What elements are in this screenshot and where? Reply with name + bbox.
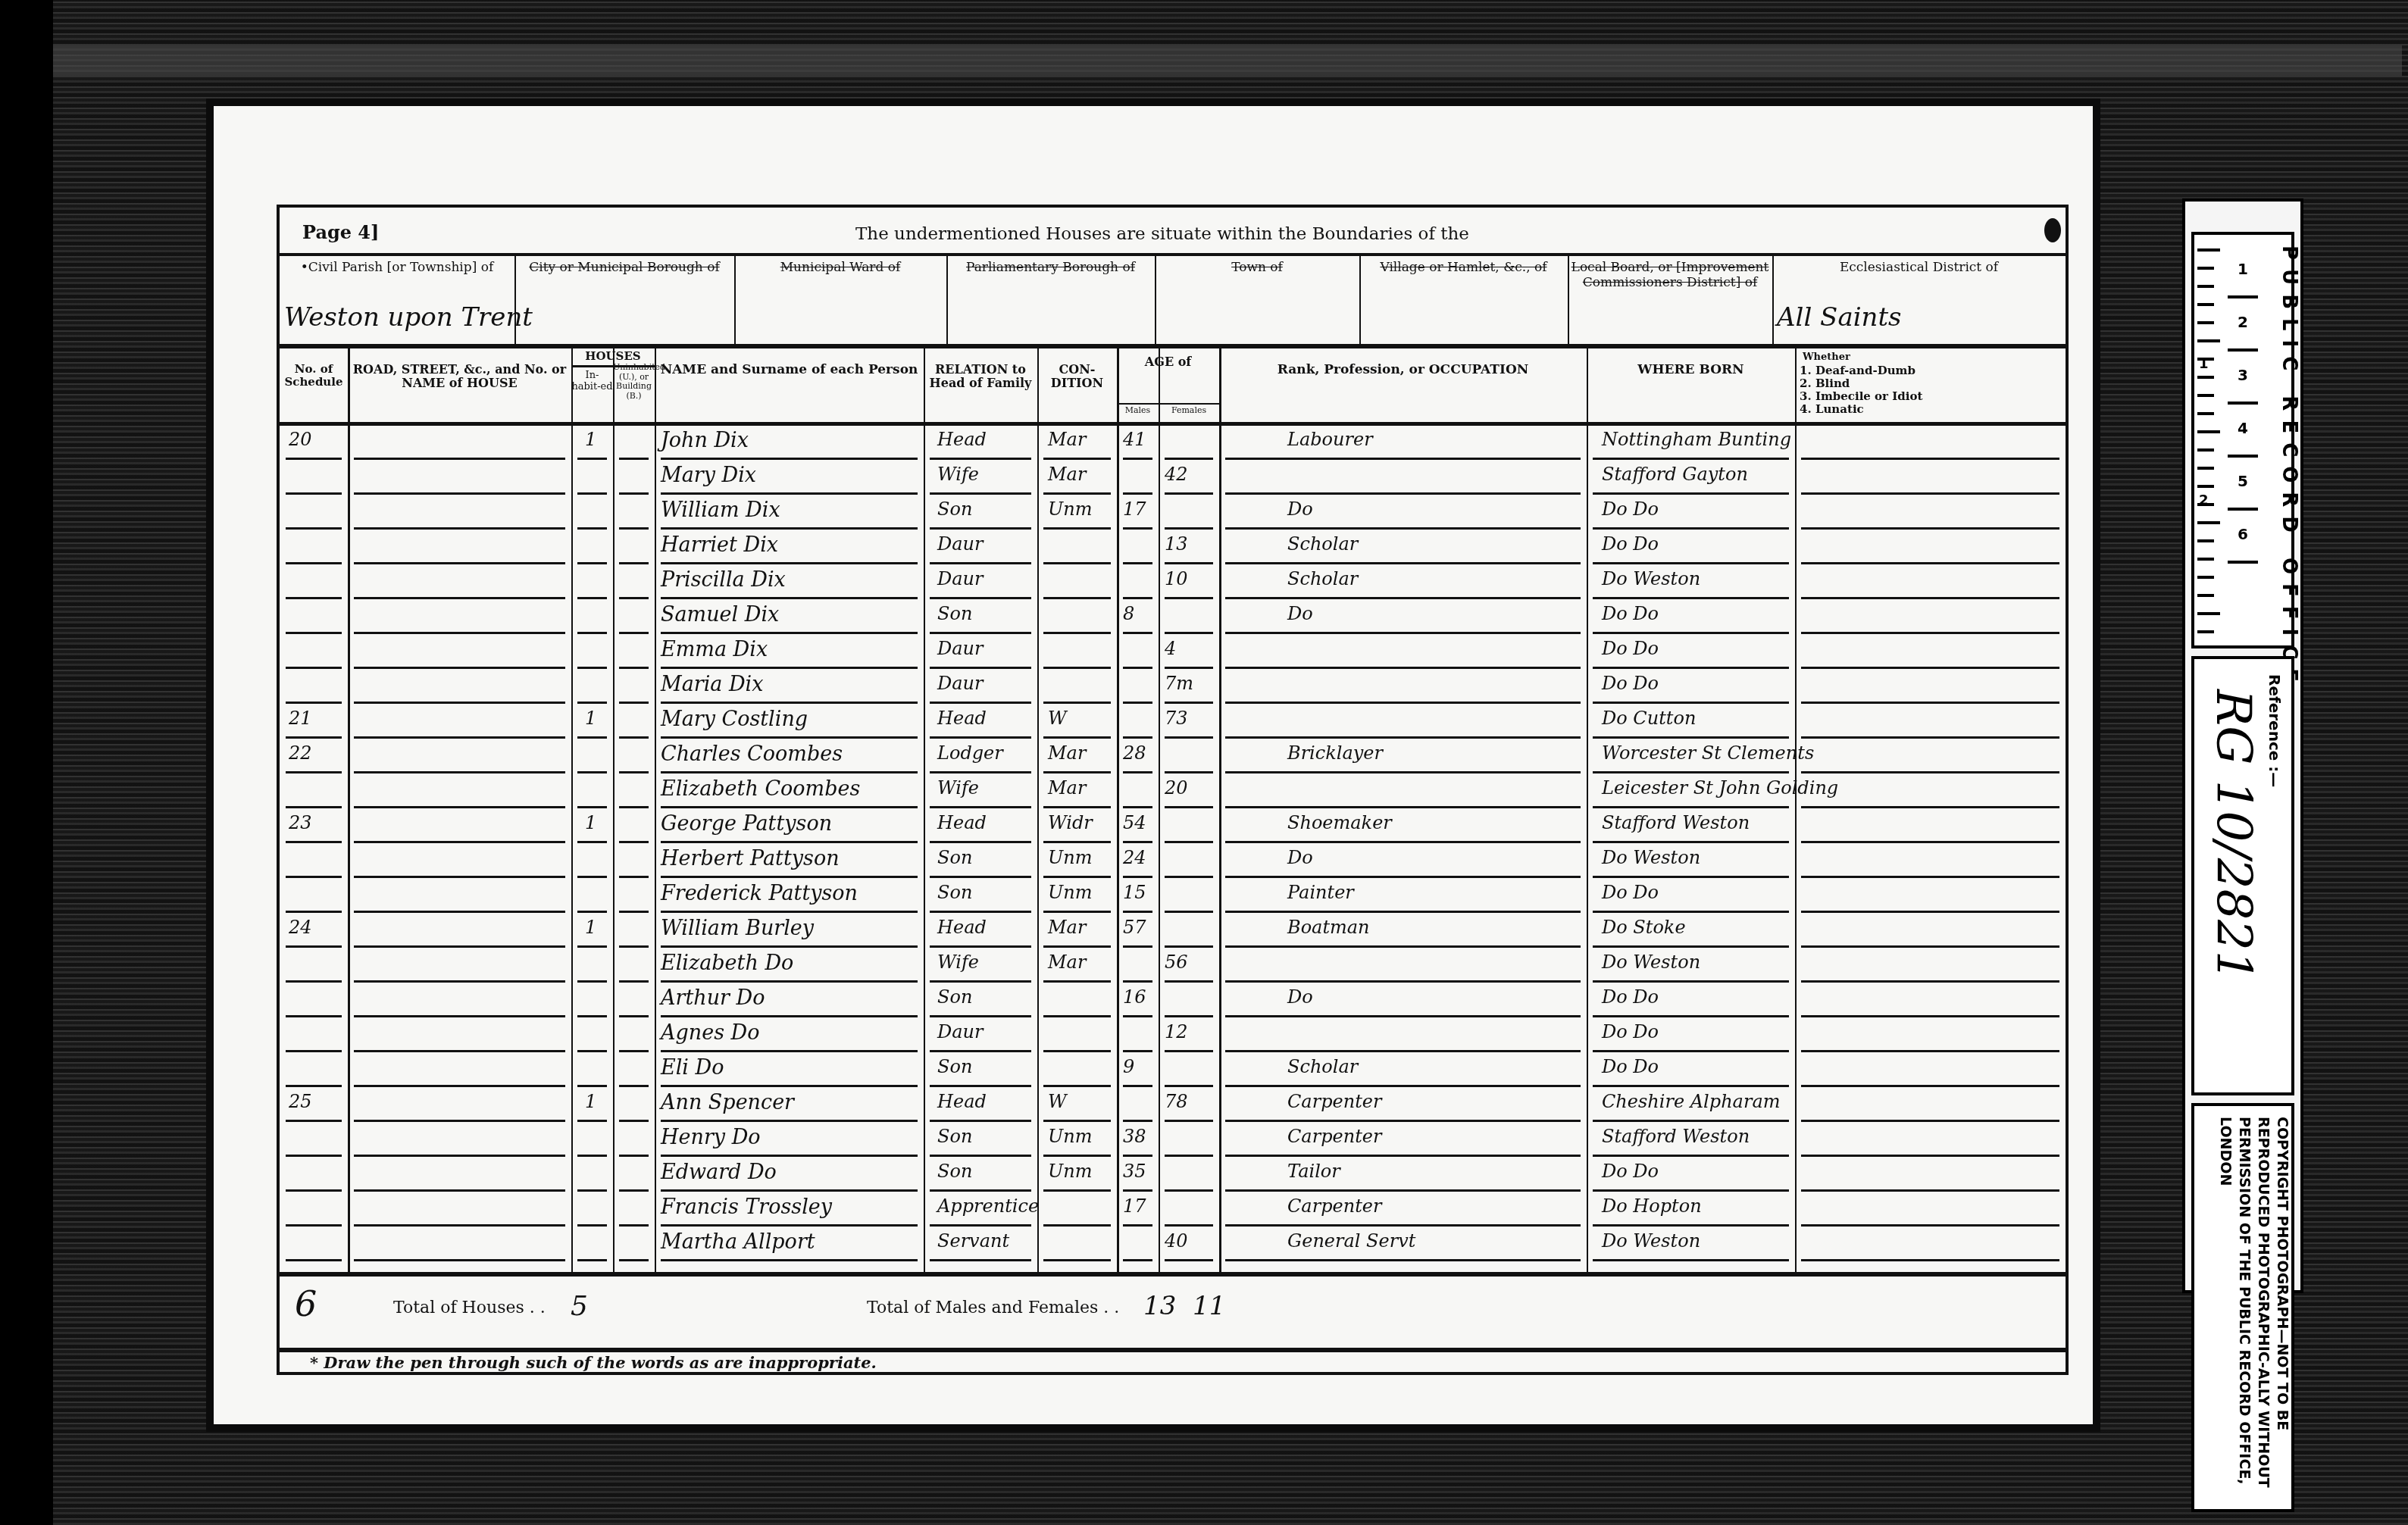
table-row: Arthur DoSon16DoDo Do (280, 983, 2066, 1018)
ruled-line (930, 841, 1031, 843)
ruled-line (1123, 736, 1152, 739)
relation: Daur (937, 673, 983, 694)
where-born: Do Do (1602, 638, 1659, 659)
relation: Head (937, 708, 987, 729)
table-row: Mary DixWifeMar42Stafford Gayton (280, 461, 2066, 495)
ruled-line (1593, 597, 1789, 599)
ruled-line (1043, 632, 1111, 634)
ruled-line (577, 702, 607, 704)
ruled-line (1123, 1155, 1152, 1157)
ruled-line (1225, 911, 1581, 913)
ruled-line (1225, 492, 1581, 495)
person-name: William Burley (661, 917, 814, 940)
where-born: Do Do (1602, 498, 1659, 520)
ruled-line (1593, 1120, 1789, 1122)
ruled-line (1801, 806, 2059, 808)
footnote: * Draw the pen through such of the words… (310, 1353, 877, 1372)
schedule-number: 23 (289, 812, 312, 833)
ruled-line (577, 1015, 607, 1017)
ruled-line (1593, 702, 1789, 704)
condition: Unm (1048, 1161, 1092, 1182)
table-row: 241William BurleyHeadMar57BoatmanDo Stok… (280, 914, 2066, 948)
ruled-line (1043, 945, 1111, 948)
female-age: 20 (1165, 777, 1188, 798)
ruled-line (1165, 597, 1213, 599)
table-row: Martha AllportServant40General ServtDo W… (280, 1227, 2066, 1262)
ruled-line (1123, 1050, 1152, 1052)
ruler-tick (2197, 267, 2214, 270)
ruled-line (354, 1259, 565, 1261)
ruled-line (661, 1120, 918, 1122)
ruled-line (1593, 458, 1789, 460)
ruled-line (1043, 492, 1111, 495)
ruled-line (1165, 1015, 1213, 1017)
ruled-line (354, 806, 565, 808)
ruled-line (930, 736, 1031, 739)
relation: Son (937, 986, 972, 1008)
relation: Son (937, 1161, 972, 1182)
female-age: 73 (1165, 708, 1188, 729)
ruled-line (354, 702, 565, 704)
ruler-tick (2197, 539, 2214, 542)
ruled-line (1225, 632, 1581, 634)
header-schedule: No. of Schedule (282, 363, 346, 389)
ruled-line (1123, 1015, 1152, 1017)
ruled-line (661, 597, 918, 599)
relation: Wife (937, 464, 979, 485)
person-name: Harriet Dix (661, 533, 778, 557)
boundary-divider (1568, 255, 1569, 344)
table-row: Samuel DixSon8DoDo Do (280, 600, 2066, 635)
where-born: Do Weston (1602, 847, 1700, 868)
where-born: Do Do (1602, 1056, 1659, 1077)
table-row: Eli DoSon9ScholarDo Do (280, 1053, 2066, 1088)
male-age: 9 (1123, 1056, 1134, 1077)
ruled-line (930, 911, 1031, 913)
ruled-line (1123, 1189, 1152, 1192)
ruled-line (577, 945, 607, 948)
ruled-line (286, 876, 342, 878)
ruled-line (661, 736, 918, 739)
male-age: 57 (1123, 917, 1146, 938)
ruled-line (1123, 667, 1152, 669)
ruled-line (1593, 806, 1789, 808)
ruler-inch-mark: 2 (2199, 492, 2209, 508)
ruled-line (1043, 527, 1111, 530)
condition: Unm (1048, 882, 1092, 903)
ruled-line (1123, 632, 1152, 634)
occupation: Tailor (1287, 1161, 1340, 1182)
ruled-line (1801, 632, 2059, 634)
person-name: Charles Coombes (661, 742, 843, 766)
ruled-line (1165, 562, 1213, 564)
ruled-line (661, 1189, 918, 1192)
ruled-line (1123, 1259, 1152, 1261)
ruled-line (1165, 492, 1213, 495)
ruled-line (577, 1189, 607, 1192)
ruled-line (661, 458, 918, 460)
where-born: Do Do (1602, 986, 1659, 1008)
header-males: Males (1117, 406, 1159, 416)
ruled-line (661, 806, 918, 808)
ruler-title: PUBLIC RECORD OFFICE (2278, 245, 2300, 691)
ruled-line (1043, 911, 1111, 913)
ruled-line (1123, 1120, 1152, 1122)
where-born: Do Stoke (1602, 917, 1686, 938)
ruled-line (1123, 562, 1152, 564)
ruled-line (1043, 1259, 1111, 1261)
ruled-line (1593, 980, 1789, 983)
condition: Mar (1048, 429, 1086, 450)
ruled-line (1801, 492, 2059, 495)
boundary-divider (514, 255, 516, 344)
inhabited-count: 1 (585, 812, 596, 833)
females-total: 11 (1193, 1291, 1225, 1321)
ruled-line (286, 562, 342, 564)
ruled-line (619, 1050, 649, 1052)
where-born: Do Do (1602, 882, 1659, 903)
ruled-line (1165, 702, 1213, 704)
ruled-line (619, 771, 649, 773)
ruled-line (930, 771, 1031, 773)
ruled-line (619, 1189, 649, 1192)
ruled-line (1165, 980, 1213, 983)
ruled-line (661, 492, 918, 495)
ruled-line (577, 1050, 607, 1052)
condition: Mar (1048, 742, 1086, 764)
ruled-line (577, 527, 607, 530)
ruled-line (1801, 980, 2059, 983)
occupation: Do (1287, 986, 1313, 1008)
relation: Son (937, 882, 972, 903)
female-age: 4 (1165, 638, 1176, 659)
male-age: 17 (1123, 498, 1146, 520)
table-row: 201John DixHeadMar41LabourerNottingham B… (280, 426, 2066, 461)
ruled-line (661, 911, 918, 913)
ruled-line (354, 1050, 565, 1052)
ruled-line (619, 632, 649, 634)
occupation: Labourer (1287, 429, 1373, 450)
relation: Head (937, 429, 987, 450)
ruler-scale-box: PUBLIC RECORD OFFICE 12345612 (2191, 232, 2294, 648)
ruled-line (1593, 562, 1789, 564)
ruled-line (286, 980, 342, 983)
males-total: 13 (1143, 1291, 1176, 1321)
person-name: Arthur Do (661, 986, 765, 1010)
boundary-label: Village or Hamlet, &c., of (1362, 261, 1565, 276)
ruled-line (1225, 806, 1581, 808)
ruled-line (1593, 771, 1789, 773)
ruled-line (1225, 736, 1581, 739)
male-age: 8 (1123, 603, 1134, 624)
ruled-line (1225, 1189, 1581, 1192)
houses-rule (571, 365, 655, 367)
person-name: Emma Dix (661, 638, 768, 661)
male-age: 24 (1123, 847, 1146, 868)
boundaries-title: The undermentioned Houses are situate wi… (855, 224, 1469, 244)
ruled-line (354, 945, 565, 948)
ruled-line (1043, 841, 1111, 843)
ruled-line (1165, 1224, 1213, 1227)
relation: Daur (937, 1021, 983, 1042)
ruler-cm-mark: 4 (2228, 402, 2258, 458)
ruled-line (1165, 667, 1213, 669)
ruled-line (286, 1015, 342, 1017)
occupation: Scholar (1287, 1056, 1358, 1077)
ruled-line (1593, 667, 1789, 669)
ruled-line (1593, 1085, 1789, 1087)
relation: Daur (937, 533, 983, 555)
ruled-line (1165, 1120, 1213, 1122)
ruled-line (1123, 771, 1152, 773)
scan-band (53, 45, 2402, 76)
ruled-line (1043, 1120, 1111, 1122)
ruled-line (930, 945, 1031, 948)
ruled-line (286, 945, 342, 948)
person-name: Henry Do (661, 1126, 761, 1149)
ruled-line (1593, 527, 1789, 530)
ruled-line (619, 597, 649, 599)
ruled-line (1123, 702, 1152, 704)
ruled-line (930, 597, 1031, 599)
where-born: Stafford Gayton (1602, 464, 1748, 485)
ruled-line (930, 1085, 1031, 1087)
ruled-line (619, 458, 649, 460)
relation: Head (937, 812, 987, 833)
ruled-line (577, 911, 607, 913)
ruled-line (1123, 945, 1152, 948)
ruler-tick (2197, 594, 2214, 597)
ruled-line (1225, 458, 1581, 460)
ruled-line (577, 771, 607, 773)
ruled-line (619, 911, 649, 913)
ruled-line (1593, 492, 1789, 495)
ruled-line (1123, 806, 1152, 808)
boundary-label: Local Board, or [Improvement Commissione… (1571, 261, 1769, 290)
ruled-line (1225, 876, 1581, 878)
table-row: 22Charles CoombesLodgerMar28BricklayerWo… (280, 739, 2066, 774)
ruled-line (1593, 1259, 1789, 1261)
ruled-line (1165, 911, 1213, 913)
ruled-line (354, 1120, 565, 1122)
relation: Daur (937, 568, 983, 589)
ruled-line (1593, 736, 1789, 739)
ruled-line (1593, 632, 1789, 634)
ruled-line (1225, 841, 1581, 843)
ruled-line (619, 736, 649, 739)
relation: Head (937, 917, 987, 938)
male-age: 16 (1123, 986, 1146, 1008)
ruled-line (930, 1120, 1031, 1122)
where-born: Do Weston (1602, 952, 1700, 973)
ruled-line (577, 667, 607, 669)
ruled-line (286, 1155, 342, 1157)
ruled-line (1801, 597, 2059, 599)
ruled-line (354, 911, 565, 913)
table-row: Harriet DixDaur13ScholarDo Do (280, 530, 2066, 565)
ruled-line (1801, 911, 2059, 913)
ruled-line (1165, 1085, 1213, 1087)
ruled-line (577, 597, 607, 599)
condition: Unm (1048, 498, 1092, 520)
condition: Mar (1048, 952, 1086, 973)
ruled-line (1225, 1259, 1581, 1261)
ruled-line (1165, 841, 1213, 843)
occupation: Do (1287, 847, 1313, 868)
ruled-line (1225, 702, 1581, 704)
occupation: Carpenter (1287, 1195, 1382, 1217)
male-age: 28 (1123, 742, 1146, 764)
ruled-line (661, 1155, 918, 1157)
ruled-line (930, 1259, 1031, 1261)
ruled-line (354, 876, 565, 878)
ruled-line (661, 632, 918, 634)
header-occupation: Rank, Profession, or OCCUPATION (1221, 363, 1584, 378)
table-row: Francis TrossleyApprentice17CarpenterDo … (280, 1192, 2066, 1227)
ruled-line (286, 841, 342, 843)
ruled-line (286, 771, 342, 773)
occupation: Scholar (1287, 568, 1358, 589)
occupation: Bricklayer (1287, 742, 1383, 764)
boundary-value: Weston upon Trent (284, 302, 533, 333)
ruled-line (354, 736, 565, 739)
ruled-line (661, 1224, 918, 1227)
age-rule (1117, 403, 1219, 405)
ruler-tick (2197, 485, 2214, 488)
census-form: Page 4] The undermentioned Houses are si… (277, 205, 2069, 1375)
female-age: 78 (1165, 1091, 1188, 1112)
condition: Mar (1048, 917, 1086, 938)
ruled-line (619, 1155, 649, 1157)
ruled-line (661, 527, 918, 530)
ruled-line (286, 1050, 342, 1052)
header-where-born: WHERE BORN (1589, 363, 1793, 378)
ruled-line (930, 1189, 1031, 1192)
ruler-tick (2197, 430, 2220, 433)
reference-label: Reference :— (2266, 674, 2284, 787)
person-name: Eli Do (661, 1056, 724, 1080)
copyright-box: COPYRIGHT PHOTOGRAPH—NOT TO BE REPRODUCE… (2191, 1103, 2294, 1512)
table-row: Henry DoSonUnm38CarpenterStafford Weston (280, 1123, 2066, 1158)
schedule-number: 21 (289, 708, 312, 729)
ruled-line (1225, 1015, 1581, 1017)
ruled-line (1593, 1015, 1789, 1017)
ruled-line (1123, 980, 1152, 983)
ruled-line (1043, 1189, 1111, 1192)
where-born: Nottingham Bunting (1602, 429, 1791, 450)
boundary-label: City or Municipal Borough of (518, 261, 731, 276)
ruled-line (619, 667, 649, 669)
ruler-inch-mark: 1 (2199, 356, 2209, 372)
ruled-line (1801, 667, 2059, 669)
persons-total-label: Total of Males and Females . . (867, 1298, 1119, 1317)
relation: Lodger (937, 742, 1003, 764)
ruled-line (286, 911, 342, 913)
boundary-divider (1772, 255, 1774, 344)
where-born: Stafford Weston (1602, 812, 1750, 833)
table-row: Herbert PattysonSonUnm24DoDo Weston (280, 844, 2066, 879)
relation: Wife (937, 777, 979, 798)
ruled-line (619, 841, 649, 843)
relation: Daur (937, 638, 983, 659)
where-born: Worcester St Clements (1602, 742, 1814, 764)
ruled-line (930, 527, 1031, 530)
inhabited-count: 1 (585, 708, 596, 729)
ruled-line (1801, 1085, 2059, 1087)
ruled-line (1593, 841, 1789, 843)
female-age: 56 (1165, 952, 1188, 973)
schedule-number: 25 (289, 1091, 312, 1112)
relation: Son (937, 498, 972, 520)
ruled-line (577, 736, 607, 739)
person-name: Herbert Pattyson (661, 847, 840, 870)
person-name: John Dix (661, 429, 749, 452)
reference-box: Reference :— RG 10/2821 (2191, 656, 2294, 1095)
ruled-line (286, 527, 342, 530)
ruled-line (1225, 1155, 1581, 1157)
ruler-tick (2197, 576, 2214, 579)
ruled-line (1123, 1085, 1152, 1087)
ruled-line (1801, 841, 2059, 843)
male-age: 35 (1123, 1161, 1146, 1182)
ruled-line (354, 667, 565, 669)
ruled-line (1123, 458, 1152, 460)
ruled-line (661, 1015, 918, 1017)
boundary-label: Town of (1158, 261, 1356, 276)
ruled-line (286, 1224, 342, 1227)
ruler-tick (2197, 448, 2214, 452)
ruled-line (577, 1224, 607, 1227)
ruled-line (1043, 702, 1111, 704)
ruled-line (286, 1259, 342, 1261)
ruler-tick (2197, 467, 2214, 470)
ruled-line (286, 492, 342, 495)
person-name: Agnes Do (661, 1021, 760, 1045)
where-born: Do Do (1602, 673, 1659, 694)
ruled-line (354, 632, 565, 634)
ruled-line (930, 562, 1031, 564)
ruler-tick (2197, 412, 2214, 415)
ruled-line (1593, 1155, 1789, 1157)
header-females: Females (1159, 406, 1219, 416)
ruled-line (1043, 562, 1111, 564)
boundary-label: Ecclesiastical District of (1775, 261, 2062, 276)
where-born: Do Cutton (1602, 708, 1696, 729)
relation: Son (937, 1056, 972, 1077)
ruled-line (1165, 876, 1213, 878)
ruled-line (286, 1085, 342, 1087)
ruler-tick (2197, 248, 2220, 252)
boundary-value: All Saints (1777, 302, 1902, 333)
occupation: Do (1287, 498, 1313, 520)
table-row: Elizabeth CoombesWifeMar20Leicester St J… (280, 774, 2066, 809)
ruled-line (661, 876, 918, 878)
ruler-tick (2197, 521, 2220, 524)
ruled-line (930, 876, 1031, 878)
person-name: Maria Dix (661, 673, 763, 696)
ruled-line (1165, 1259, 1213, 1261)
ruled-line (354, 771, 565, 773)
ruled-line (1043, 597, 1111, 599)
ruled-line (1801, 1015, 2059, 1017)
relation: Wife (937, 952, 979, 973)
ruled-line (661, 771, 918, 773)
ruled-line (577, 562, 607, 564)
ruled-line (619, 492, 649, 495)
header-whether-item: 3. Imbecile or Idiot (1800, 389, 1922, 403)
header-road: ROAD, STREET, &c., and No. or NAME of HO… (350, 363, 569, 391)
ruled-line (661, 1259, 918, 1261)
